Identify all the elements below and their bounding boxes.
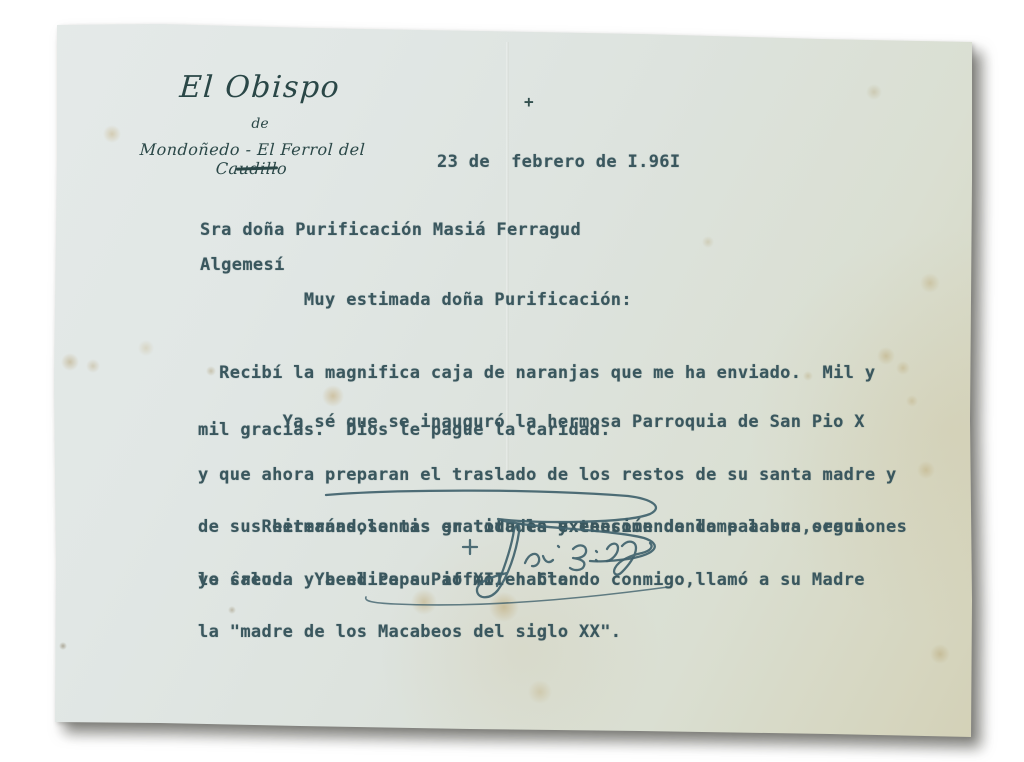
date-line: 23 de febrero de I.96I: [437, 153, 680, 171]
letterhead-title: El Obispo: [157, 70, 363, 105]
typed-line: y que ahora preparan el traslado de los …: [198, 467, 897, 485]
recipient-city: Algemesí: [200, 256, 285, 274]
typed-line: Reiterándole mis gratitudes y enecomenda…: [198, 519, 907, 537]
letterhead-subtitle: de: [158, 116, 362, 132]
letterhead-location: Mondoñedo - El Ferrol del Caudillo: [100, 140, 404, 178]
letter-paper: El Obispo de Mondoñedo - El Ferrol del C…: [0, 0, 1024, 762]
paragraph-3: Reiterándole mis gratitudes y enecomenda…: [198, 484, 907, 624]
recipient-name: Sra doña Purificación Masiá Ferragud: [200, 221, 581, 239]
typed-line: la "madre de los Macabeos del siglo XX".: [198, 624, 897, 642]
typed-line: Ya sé que se inauguró la hermosa Parroqu…: [198, 414, 897, 432]
paper-sheet: El Obispo de Mondoñedo - El Ferrol del C…: [0, 0, 1024, 762]
cross-icon: +: [524, 92, 534, 111]
typed-line: le saluda y bendice su affmo en Cto: [198, 572, 907, 590]
scan-background: El Obispo de Mondoñedo - El Ferrol del C…: [0, 0, 1024, 762]
salutation: Muy estimada doña Purificación:: [198, 291, 632, 309]
